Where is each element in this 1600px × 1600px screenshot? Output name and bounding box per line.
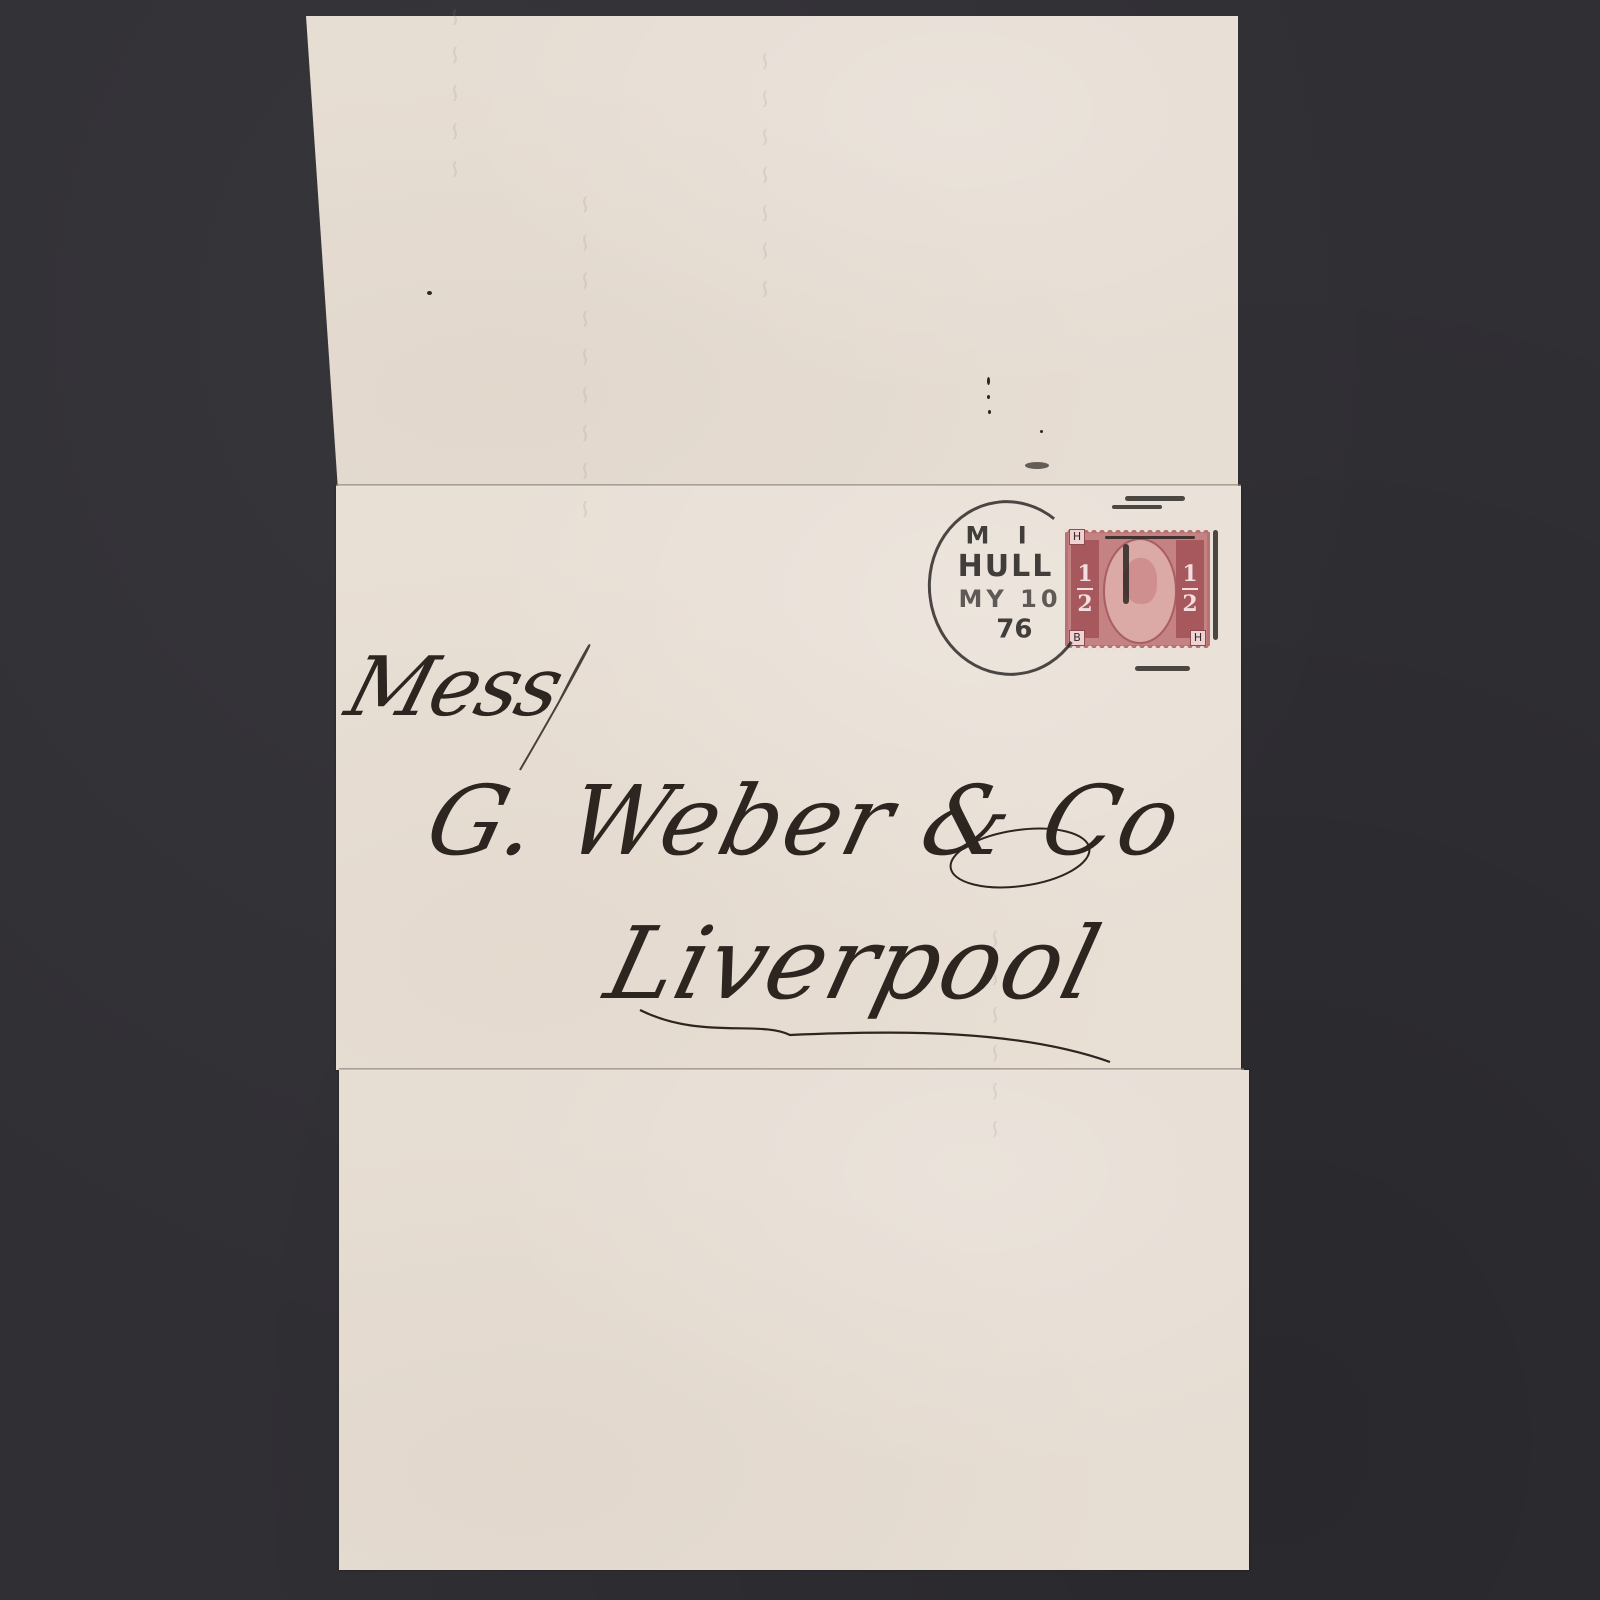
- address-city: Liverpool: [595, 905, 1111, 1022]
- ink-speck: [1040, 430, 1043, 433]
- postmark-date: MY 10: [933, 585, 1088, 613]
- ink-speck: [427, 291, 432, 295]
- fold-crease: [336, 484, 1241, 487]
- stamp-portrait-oval: [1103, 538, 1177, 644]
- cancel-bar: [1105, 536, 1195, 539]
- fold-crease: [339, 1068, 1244, 1071]
- sheet-panel-bottom: [339, 1070, 1249, 1570]
- letter-sheet: ~ ~ ~ ~ ~ ~ ~ ~ ~ ~ ~ ~ ~ ~ ~ ~ ~ ~ ~ ~ …: [0, 0, 1600, 1600]
- stamp-corner-letter: H: [1190, 630, 1206, 646]
- stamp-denomination-right: 1 2: [1176, 540, 1204, 638]
- show-through-embossing: ~ ~ ~ ~ ~ ~ ~: [750, 46, 780, 300]
- postmark-town: HULL: [928, 549, 1083, 584]
- cancel-bar: [1213, 530, 1218, 640]
- address-salutation: Mess: [336, 640, 572, 735]
- cancel-bar: [1112, 505, 1162, 509]
- show-through-embossing: ~ ~ ~ ~ ~ ~: [440, 0, 470, 180]
- show-through-embossing: ~ ~ ~ ~ ~ ~ ~ ~ ~: [570, 190, 600, 520]
- postmark-year: 76: [937, 615, 1092, 645]
- cancel-bar: [1135, 666, 1190, 671]
- cancel-bar: [1125, 496, 1185, 501]
- ink-speck: [988, 410, 991, 414]
- ink-speck: [987, 395, 990, 399]
- cancel-bar: [1123, 544, 1129, 604]
- postmark-code: M I: [924, 522, 1079, 550]
- ink-speck: [1025, 462, 1049, 469]
- ink-speck: [987, 377, 990, 385]
- address-addressee: G. Weber & Co: [416, 765, 1194, 877]
